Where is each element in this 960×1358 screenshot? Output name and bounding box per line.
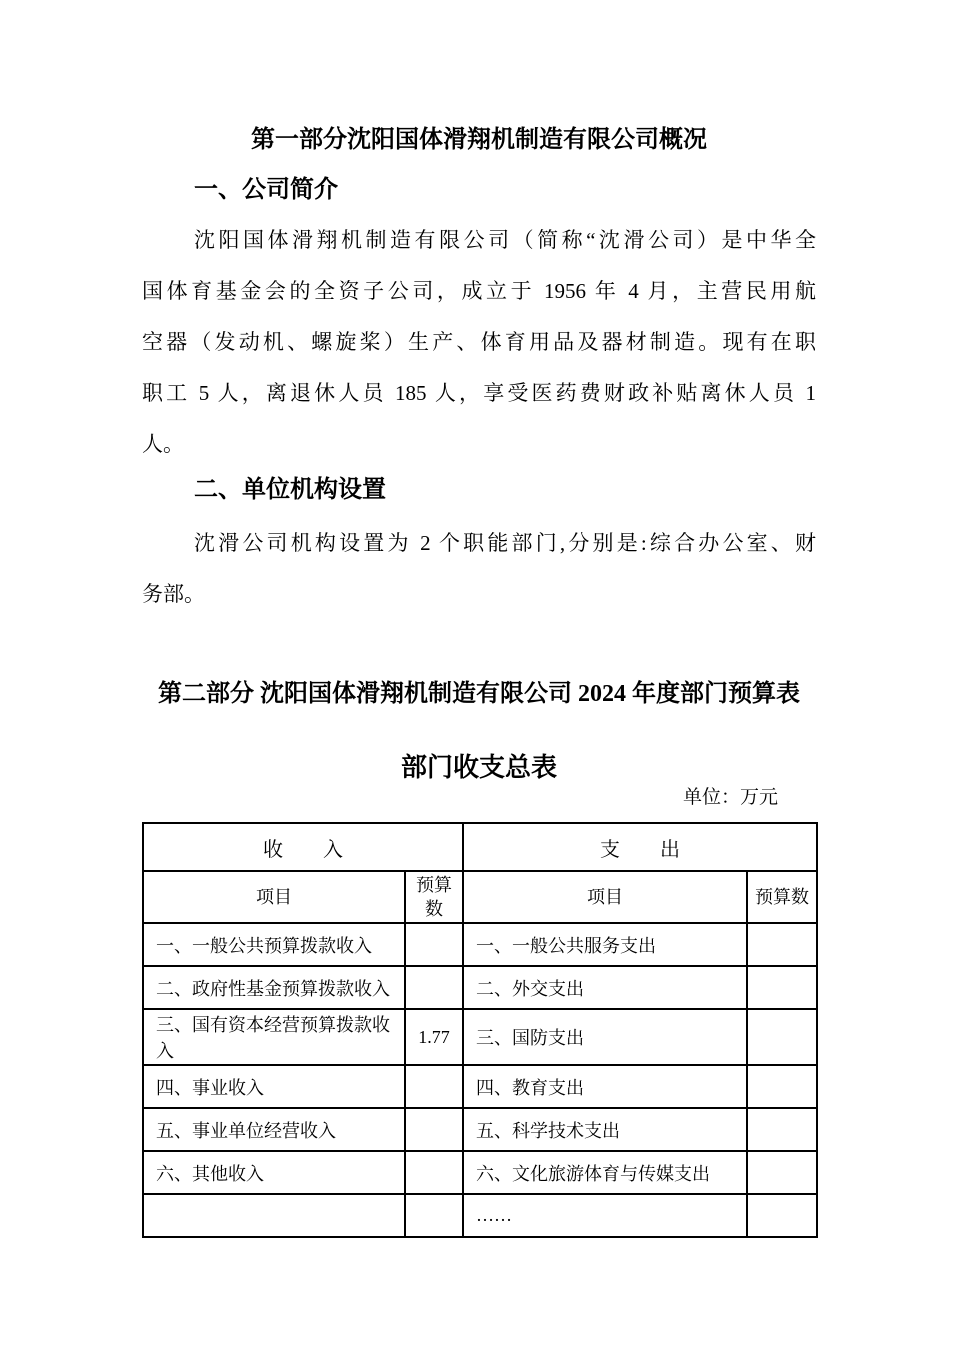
table-header-row-main: 收 入 支 出 [143, 823, 817, 871]
income-item-cell: 一、一般公共预算拨款收入 [143, 923, 405, 966]
expense-budget-header: 预算数 [747, 871, 817, 923]
income-budget-cell [405, 1194, 463, 1237]
income-item-cell: 五、事业单位经营收入 [143, 1108, 405, 1151]
table-row: 二、政府性基金预算拨款收入 二、外交支出 [143, 966, 817, 1009]
document-page: 第一部分沈阳国体滑翔机制造有限公司概况 一、公司简介 沈阳国体滑翔机制造有限公司… [0, 0, 960, 1358]
income-section-header: 收 入 [143, 823, 463, 871]
table-header-row-sub: 项目 预算数 项目 预算数 [143, 871, 817, 923]
budget-summary-table: 收 入 支 出 项目 预算数 项目 预算数 一、一般公共预算拨款收入 一、一般公… [142, 822, 818, 1238]
income-item-cell: 四、事业收入 [143, 1065, 405, 1108]
section2-heading: 二、单位机构设置 [142, 473, 816, 507]
expense-item-cell: 二、外交支出 [463, 966, 747, 1009]
paragraph-line: 空器（发动机、螺旋桨）生产、体育用品及器材制造。现有在职 [142, 317, 816, 368]
income-item-cell: 六、其他收入 [143, 1151, 405, 1194]
company-intro-paragraph: 沈阳国体滑翔机制造有限公司（简称“沈滑公司）是中华全 国体育基金会的全资子公司，… [142, 215, 816, 470]
expense-item-cell: 六、文化旅游体育与传媒支出 [463, 1151, 747, 1194]
expense-item-cell: 四、教育支出 [463, 1065, 747, 1108]
paragraph-line: 国体育基金会的全资子公司，成立于 1956 年 4 月，主营民用航 [142, 266, 816, 317]
table-row: 六、其他收入 六、文化旅游体育与传媒支出 [143, 1151, 817, 1194]
expense-item-cell: 一、一般公共服务支出 [463, 923, 747, 966]
paragraph-line: 职工 5 人，离退休人员 185 人，享受医药费财政补贴离休人员 1 [142, 368, 816, 419]
table-row: 五、事业单位经营收入 五、科学技术支出 [143, 1108, 817, 1151]
income-budget-cell [405, 1151, 463, 1194]
income-item-cell: 三、国有资本经营预算拨款收入 [143, 1009, 405, 1065]
expense-budget-cell [747, 1065, 817, 1108]
table-row: 四、事业收入 四、教育支出 [143, 1065, 817, 1108]
expense-item-cell: …… [463, 1194, 747, 1237]
unit-label: 单位：万元 [142, 785, 816, 811]
income-budget-cell [405, 1065, 463, 1108]
expense-budget-cell [747, 1151, 817, 1194]
income-budget-cell [405, 923, 463, 966]
expense-budget-cell [747, 1108, 817, 1151]
expense-budget-cell [747, 923, 817, 966]
table-row: …… [143, 1194, 817, 1237]
document-content: 第一部分沈阳国体滑翔机制造有限公司概况 一、公司简介 沈阳国体滑翔机制造有限公司… [142, 123, 816, 1238]
income-item-cell: 二、政府性基金预算拨款收入 [143, 966, 405, 1009]
expense-budget-cell [747, 966, 817, 1009]
income-budget-cell: 1.77 [405, 1009, 463, 1065]
expense-item-cell: 五、科学技术支出 [463, 1108, 747, 1151]
table-row: 一、一般公共预算拨款收入 一、一般公共服务支出 [143, 923, 817, 966]
expense-budget-cell [747, 1194, 817, 1237]
income-item-header: 项目 [143, 871, 405, 923]
table-subtitle: 部门收支总表 [142, 751, 816, 785]
expense-item-cell: 三、国防支出 [463, 1009, 747, 1065]
expense-section-header: 支 出 [463, 823, 817, 871]
paragraph-line: 人。 [142, 419, 816, 470]
part1-title: 第一部分沈阳国体滑翔机制造有限公司概况 [142, 123, 816, 157]
expense-budget-cell [747, 1009, 817, 1065]
org-structure-paragraph: 沈滑公司机构设置为 2 个职能部门,分别是:综合办公室、财 务部。 [142, 518, 816, 620]
income-budget-cell [405, 966, 463, 1009]
expense-item-header: 项目 [463, 871, 747, 923]
section1-heading: 一、公司简介 [142, 173, 816, 207]
paragraph-line: 沈阳国体滑翔机制造有限公司（简称“沈滑公司）是中华全 [142, 215, 816, 266]
income-item-cell [143, 1194, 405, 1237]
income-budget-cell [405, 1108, 463, 1151]
paragraph-line: 沈滑公司机构设置为 2 个职能部门,分别是:综合办公室、财 [142, 518, 816, 569]
paragraph-line: 务部。 [142, 569, 816, 620]
income-budget-header: 预算数 [405, 871, 463, 923]
part2-title: 第二部分 沈阳国体滑翔机制造有限公司 2024 年度部门预算表 [142, 677, 816, 711]
table-row: 三、国有资本经营预算拨款收入 1.77 三、国防支出 [143, 1009, 817, 1065]
